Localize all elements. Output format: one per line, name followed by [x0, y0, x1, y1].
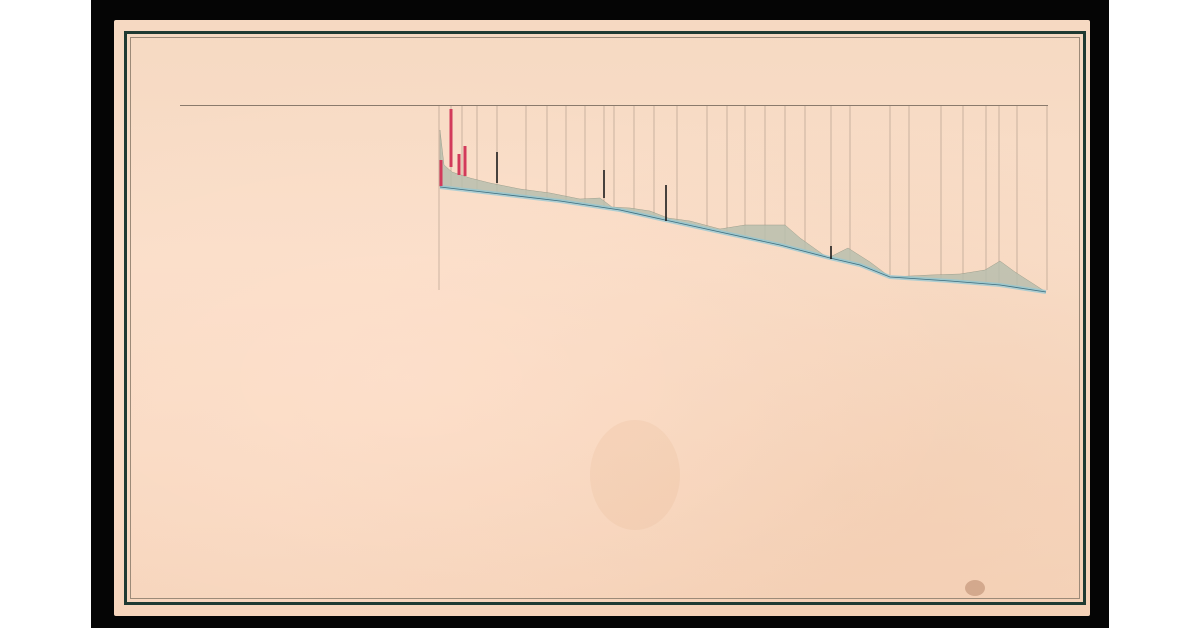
terrain-fill	[440, 130, 1046, 292]
elevation-profile	[0, 0, 1200, 628]
terrain-section	[440, 130, 1046, 292]
